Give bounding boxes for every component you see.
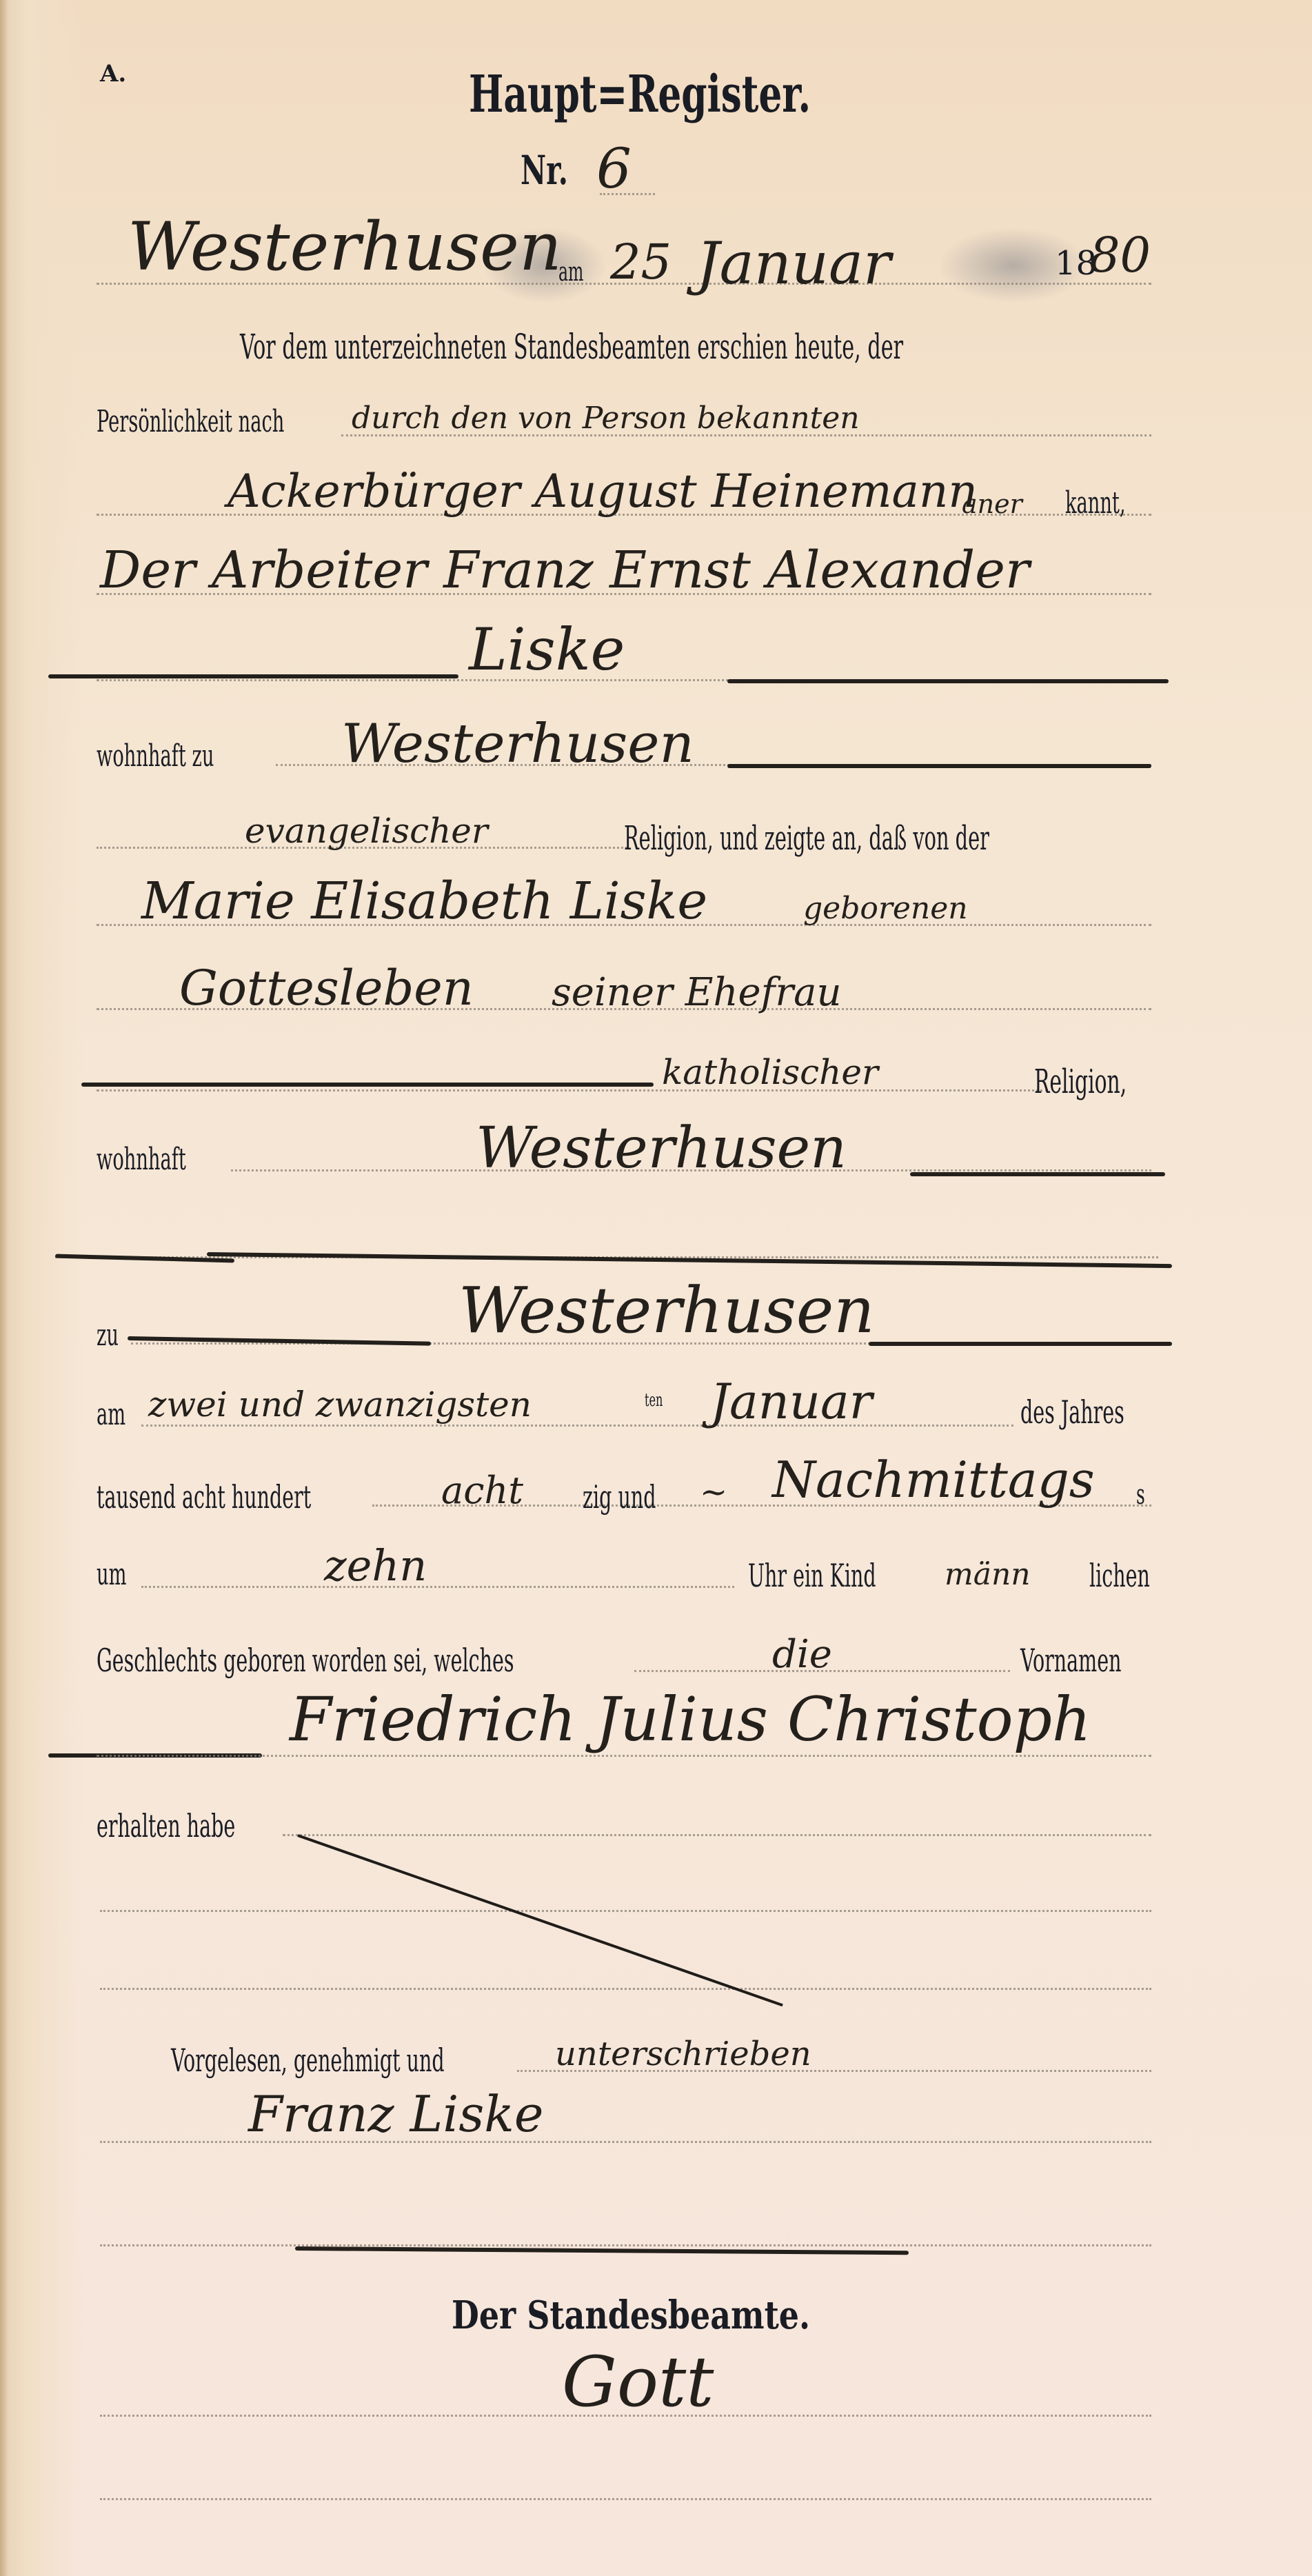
birth-year-label: des Jahres: [1020, 1396, 1124, 1428]
names-label: Vornamen: [1020, 1644, 1121, 1676]
registration-month: Januar: [696, 234, 891, 292]
fill-stroke: [48, 674, 458, 678]
birth-day-dotline: [141, 1425, 1013, 1427]
informant-line2: Liske: [469, 621, 625, 678]
identifier-suffix-hand: aner: [962, 491, 1022, 517]
birth-day-value: zwei und zwanzigsten: [148, 1387, 532, 1422]
birth-month-value: Januar: [710, 1378, 872, 1426]
fill-stroke: [295, 2246, 909, 2255]
sex-line-label: Geschlechts geboren worden sei, welches: [97, 1644, 514, 1676]
identity-value: durch den von Person bekannten: [352, 403, 860, 434]
mother-maiden-name: Gottesleben: [179, 964, 474, 1012]
sex-suffix: lichen: [1089, 1560, 1150, 1591]
time-of-day-suffix: s: [1136, 1481, 1145, 1509]
child-names: Friedrich Julius Christoph: [290, 1689, 1091, 1750]
fill-stroke: [727, 679, 1169, 683]
mother-line1: Marie Elisabeth Liske: [141, 876, 707, 927]
child-label: Uhr ein Kind: [748, 1560, 876, 1591]
registration-place: Westerhusen: [128, 214, 562, 280]
hour-dotline: [141, 1586, 734, 1588]
footer-dotline: [100, 2244, 1151, 2246]
binding-edge: [0, 0, 7, 2576]
number-dotline: [600, 193, 655, 195]
birth-day-label: am: [97, 1400, 125, 1430]
mother-residence-value: Westerhusen: [476, 1120, 847, 1177]
registration-day: 25: [610, 238, 672, 286]
informant-signature: Franz Liske: [248, 2089, 544, 2139]
identifier-suffix-print: kannt,: [1065, 488, 1126, 519]
year-zig-label: zig und: [583, 1481, 656, 1513]
birthplace-label: zu: [97, 1320, 119, 1351]
closing-value: unterschrieben: [555, 2037, 811, 2071]
residence-label: wohnhaft zu: [97, 741, 214, 772]
hour-label: um: [97, 1560, 126, 1590]
fill-stroke: [207, 1252, 1172, 1268]
register-number: 6: [596, 141, 632, 197]
fill-stroke: [727, 764, 1151, 768]
blank-dotline-3: [100, 1988, 1151, 1990]
hour-value: zehn: [324, 1544, 427, 1587]
fill-stroke: [81, 1083, 654, 1087]
closing-label: Vorgelesen, genehmigt und: [171, 2044, 445, 2076]
year-unit-value: ~: [700, 1476, 727, 1509]
number-label: Nr.: [521, 150, 568, 190]
mother-religion-dotline: [97, 1089, 1048, 1091]
strike-through-line: [297, 1834, 783, 2006]
received-dotline: [283, 1834, 1151, 1836]
year-decade-value: acht: [441, 1472, 523, 1509]
official-signature: Gott: [562, 2348, 714, 2417]
fill-stroke: [869, 1342, 1172, 1346]
names-article: die: [772, 1636, 832, 1674]
mother-religion-label: Religion,: [1034, 1065, 1127, 1098]
identity-label: Persönlichkeit nach: [97, 407, 284, 437]
child-names-dotline: [97, 1755, 1151, 1757]
mother-line1-suffix: geborenen: [803, 894, 968, 924]
mother-residence-label: wohnhaft: [97, 1145, 186, 1175]
residence-value: Westerhusen: [341, 717, 694, 771]
religion-text: Religion, und zeigte an, daß von der: [624, 822, 989, 855]
mother-religion-value: katholischer: [662, 1055, 878, 1089]
intro-text: Vor dem unterzeichneten Standesbeamten e…: [240, 330, 903, 364]
official-title: Der Standesbeamte.: [452, 2296, 810, 2335]
am-label: am: [558, 259, 583, 285]
informant-line1: Der Arbeiter Franz Ernst Alexander: [100, 545, 1029, 596]
religion-value: evangelischer: [245, 814, 488, 848]
identifier-value: Ackerbürger August Heinemann: [228, 469, 978, 514]
civil-register-page: A. Haupt=Register. Nr. 6 Westerhusen am …: [0, 0, 1312, 2576]
sex-value: männ: [945, 1560, 1031, 1590]
year-words-label: tausend acht hundert: [97, 1481, 311, 1513]
birth-day-suffix: ten: [645, 1391, 663, 1409]
registration-year: 80: [1089, 231, 1151, 279]
mother-relation: seiner Ehefrau: [552, 974, 842, 1012]
received-label: erhalten habe: [97, 1810, 235, 1842]
time-of-day-value: Nachmittags: [772, 1455, 1095, 1505]
blank-dotline-2: [100, 1910, 1151, 1912]
register-title: Haupt=Register.: [469, 69, 811, 120]
fill-stroke: [910, 1172, 1165, 1176]
birthplace-value: Westerhusen: [458, 1279, 875, 1342]
official-signature-dotline-2: [100, 2498, 1151, 2500]
volume-letter: A.: [100, 62, 126, 85]
